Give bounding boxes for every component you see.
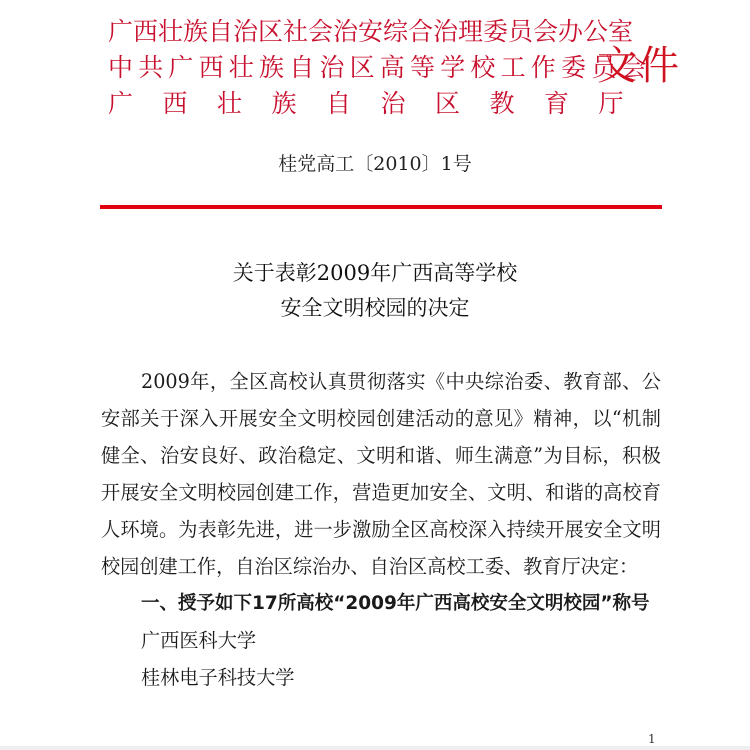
document-title-line-1: 关于表彰2009年广西高等学校 [0, 256, 750, 290]
issuer-comprehensive-governance-office: 广西壮族自治区社会治安综合治理委员会办公室 [108, 14, 588, 50]
document-title-line-2: 安全文明校园的决定 [0, 291, 750, 325]
issuing-authorities: 广西壮族自治区社会治安综合治理委员会办公室 中共广西壮族自治区高等学校工作委员会… [108, 14, 588, 122]
list-item: 桂林电子科技大学 [101, 659, 661, 696]
document-number: 桂党高工〔2010〕1号 [0, 151, 750, 177]
body-paragraph: 2009年，全区高校认真贯彻落实《中央综治委、教育部、公安部关于深入开展安全文明… [101, 363, 661, 585]
page-bottom-edge [0, 746, 750, 750]
section-heading-1: 一、授予如下17所高校“2009年广西高校安全文明校园”称号 [101, 585, 661, 622]
school-list: 广西医科大学 桂林电子科技大学 [101, 622, 661, 696]
document-page: 广西壮族自治区社会治安综合治理委员会办公室 中共广西壮族自治区高等学校工作委员会… [0, 0, 750, 750]
document-type-label: 文件 [597, 44, 681, 88]
document-body: 2009年，全区高校认真贯彻落实《中央综治委、教育部、公安部关于深入开展安全文明… [101, 363, 661, 696]
list-item: 广西医科大学 [101, 622, 661, 659]
issuer-education-department: 广西壮族自治区教育厅 [108, 86, 588, 122]
red-header-rule [100, 205, 662, 209]
issuer-higher-education-committee: 中共广西壮族自治区高等学校工作委员会 [108, 50, 588, 86]
page-number: 1 [648, 732, 656, 746]
